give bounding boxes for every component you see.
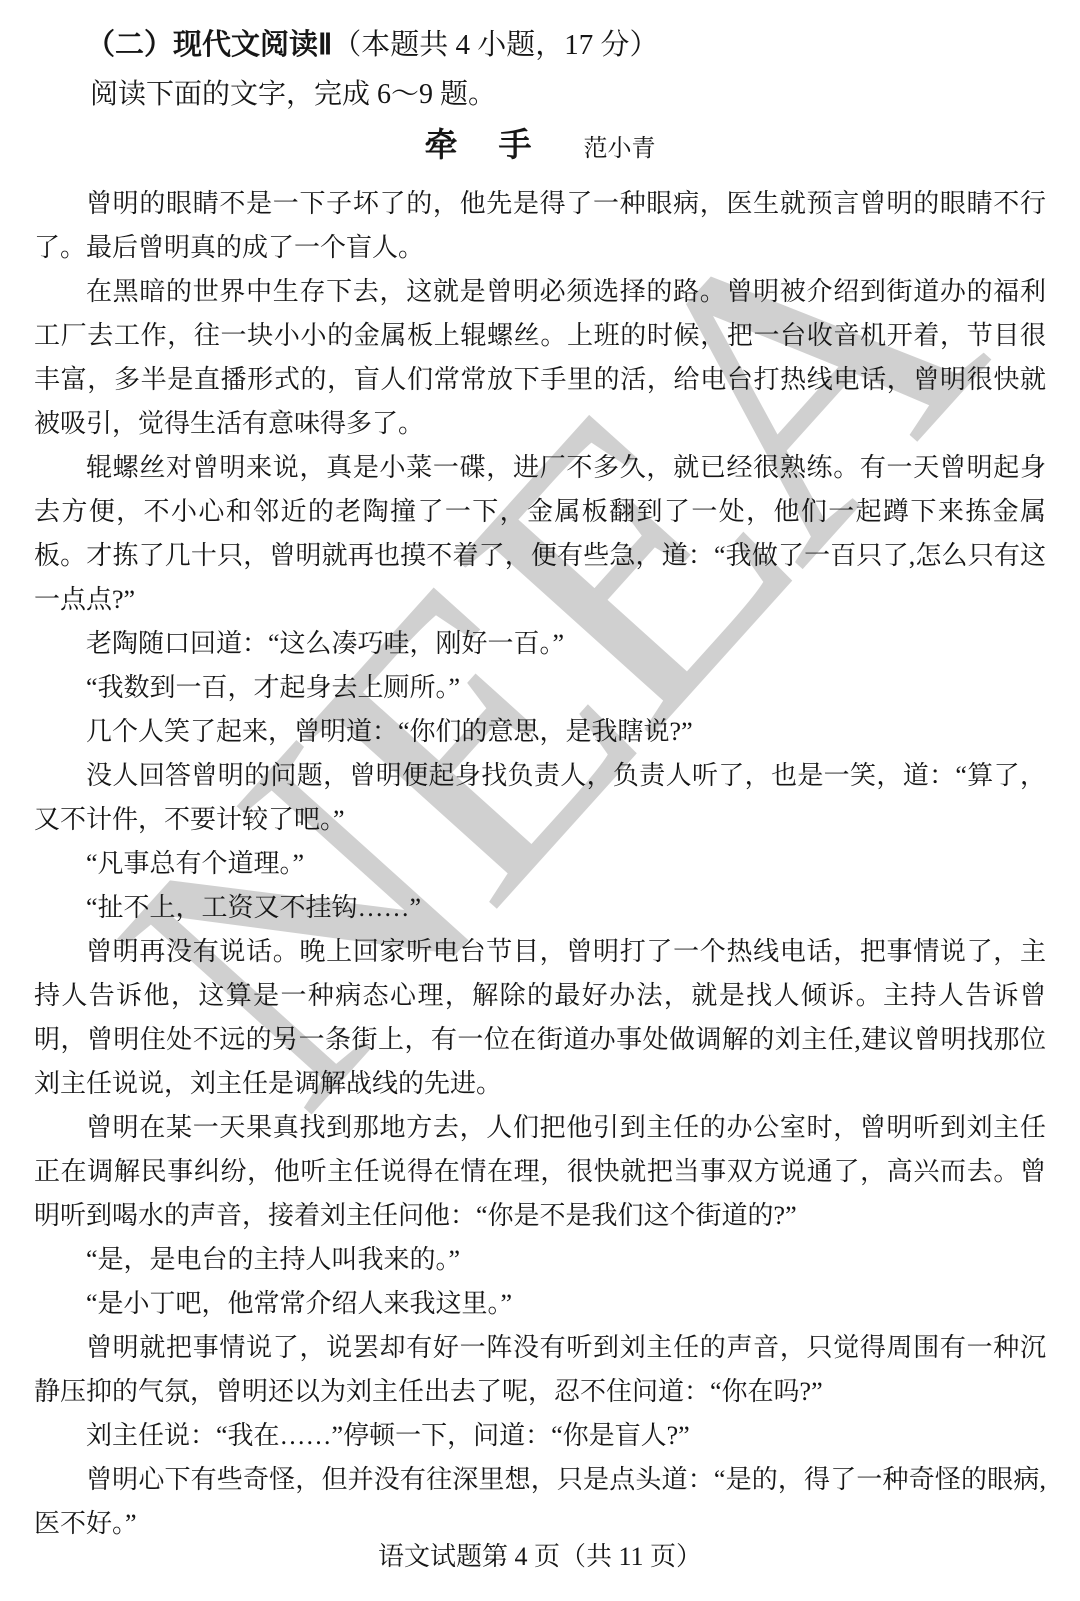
story-paragraph: 曾明再没有说话。晚上回家听电台节目，曾明打了一个热线电话，把事情说了，主持人告诉… — [34, 930, 1046, 1106]
story-paragraph: “是小丁吧，他常常介绍人来我这里。” — [34, 1282, 1046, 1326]
story-paragraph: 几个人笑了起来，曾明道：“你们的意思，是我瞎说?” — [34, 710, 1046, 754]
story-paragraph: “扯不上，工资又不挂钩……” — [34, 886, 1046, 930]
section-meta: （本题共 4 小题，17 分） — [332, 29, 658, 61]
story-paragraph: 辊螺丝对曾明来说，真是小菜一碟，进厂不多久，就已经很熟练。有一天曾明起身去方便，… — [34, 446, 1046, 622]
article-title: 牵 手 — [425, 128, 536, 164]
page-footer: 语文试题第 4 页（共 11 页） — [0, 1536, 1080, 1573]
story-paragraph: 曾明心下有些奇怪，但并没有往深里想，只是点头道：“是的，得了一种奇怪的眼病,医不… — [34, 1458, 1046, 1546]
story-paragraph: 刘主任说：“我在……”停顿一下，问道：“你是盲人?” — [34, 1414, 1046, 1458]
story-paragraph: “是，是电台的主持人叫我来的。” — [34, 1238, 1046, 1282]
exam-page: NEEA （二）现代文阅读Ⅱ（本题共 4 小题，17 分） 阅读下面的文字，完成… — [0, 0, 1080, 1601]
story-paragraph: “我数到一百，才起身去上厕所。” — [34, 666, 1046, 710]
article-title-line: 牵 手 范小青 — [34, 124, 1046, 174]
story-paragraph: 曾明的眼睛不是一下子坏了的，他先是得了一种眼病，医生就预言曾明的眼睛不行了。最后… — [34, 182, 1046, 270]
page-content: （二）现代文阅读Ⅱ（本题共 4 小题，17 分） 阅读下面的文字，完成 6～9 … — [0, 0, 1080, 1546]
article-author: 范小青 — [584, 136, 656, 162]
section-label: （二）现代文阅读Ⅱ — [86, 29, 332, 61]
story-paragraph: 曾明在某一天果真找到那地方去，人们把他引到主任的办公室时，曾明听到刘主任正在调解… — [34, 1106, 1046, 1238]
story-paragraph: 老陶随口回道：“这么凑巧哇，刚好一百。” — [34, 622, 1046, 666]
story-paragraph: 曾明就把事情说了，说罢却有好一阵没有听到刘主任的声音，只觉得周围有一种沉静压抑的… — [34, 1326, 1046, 1414]
story-paragraph: 在黑暗的世界中生存下去，这就是曾明必须选择的路。曾明被介绍到街道办的福利工厂去工… — [34, 270, 1046, 446]
section-heading: （二）现代文阅读Ⅱ（本题共 4 小题，17 分） — [86, 22, 1046, 68]
story-body: 曾明的眼睛不是一下子坏了的，他先是得了一种眼病，医生就预言曾明的眼睛不行了。最后… — [34, 182, 1046, 1546]
instruction-line: 阅读下面的文字，完成 6～9 题。 — [34, 72, 1046, 118]
story-paragraph: “凡事总有个道理。” — [34, 842, 1046, 886]
story-paragraph: 没人回答曾明的问题，曾明便起身找负责人，负责人听了，也是一笑，道：“算了，又不计… — [34, 754, 1046, 842]
